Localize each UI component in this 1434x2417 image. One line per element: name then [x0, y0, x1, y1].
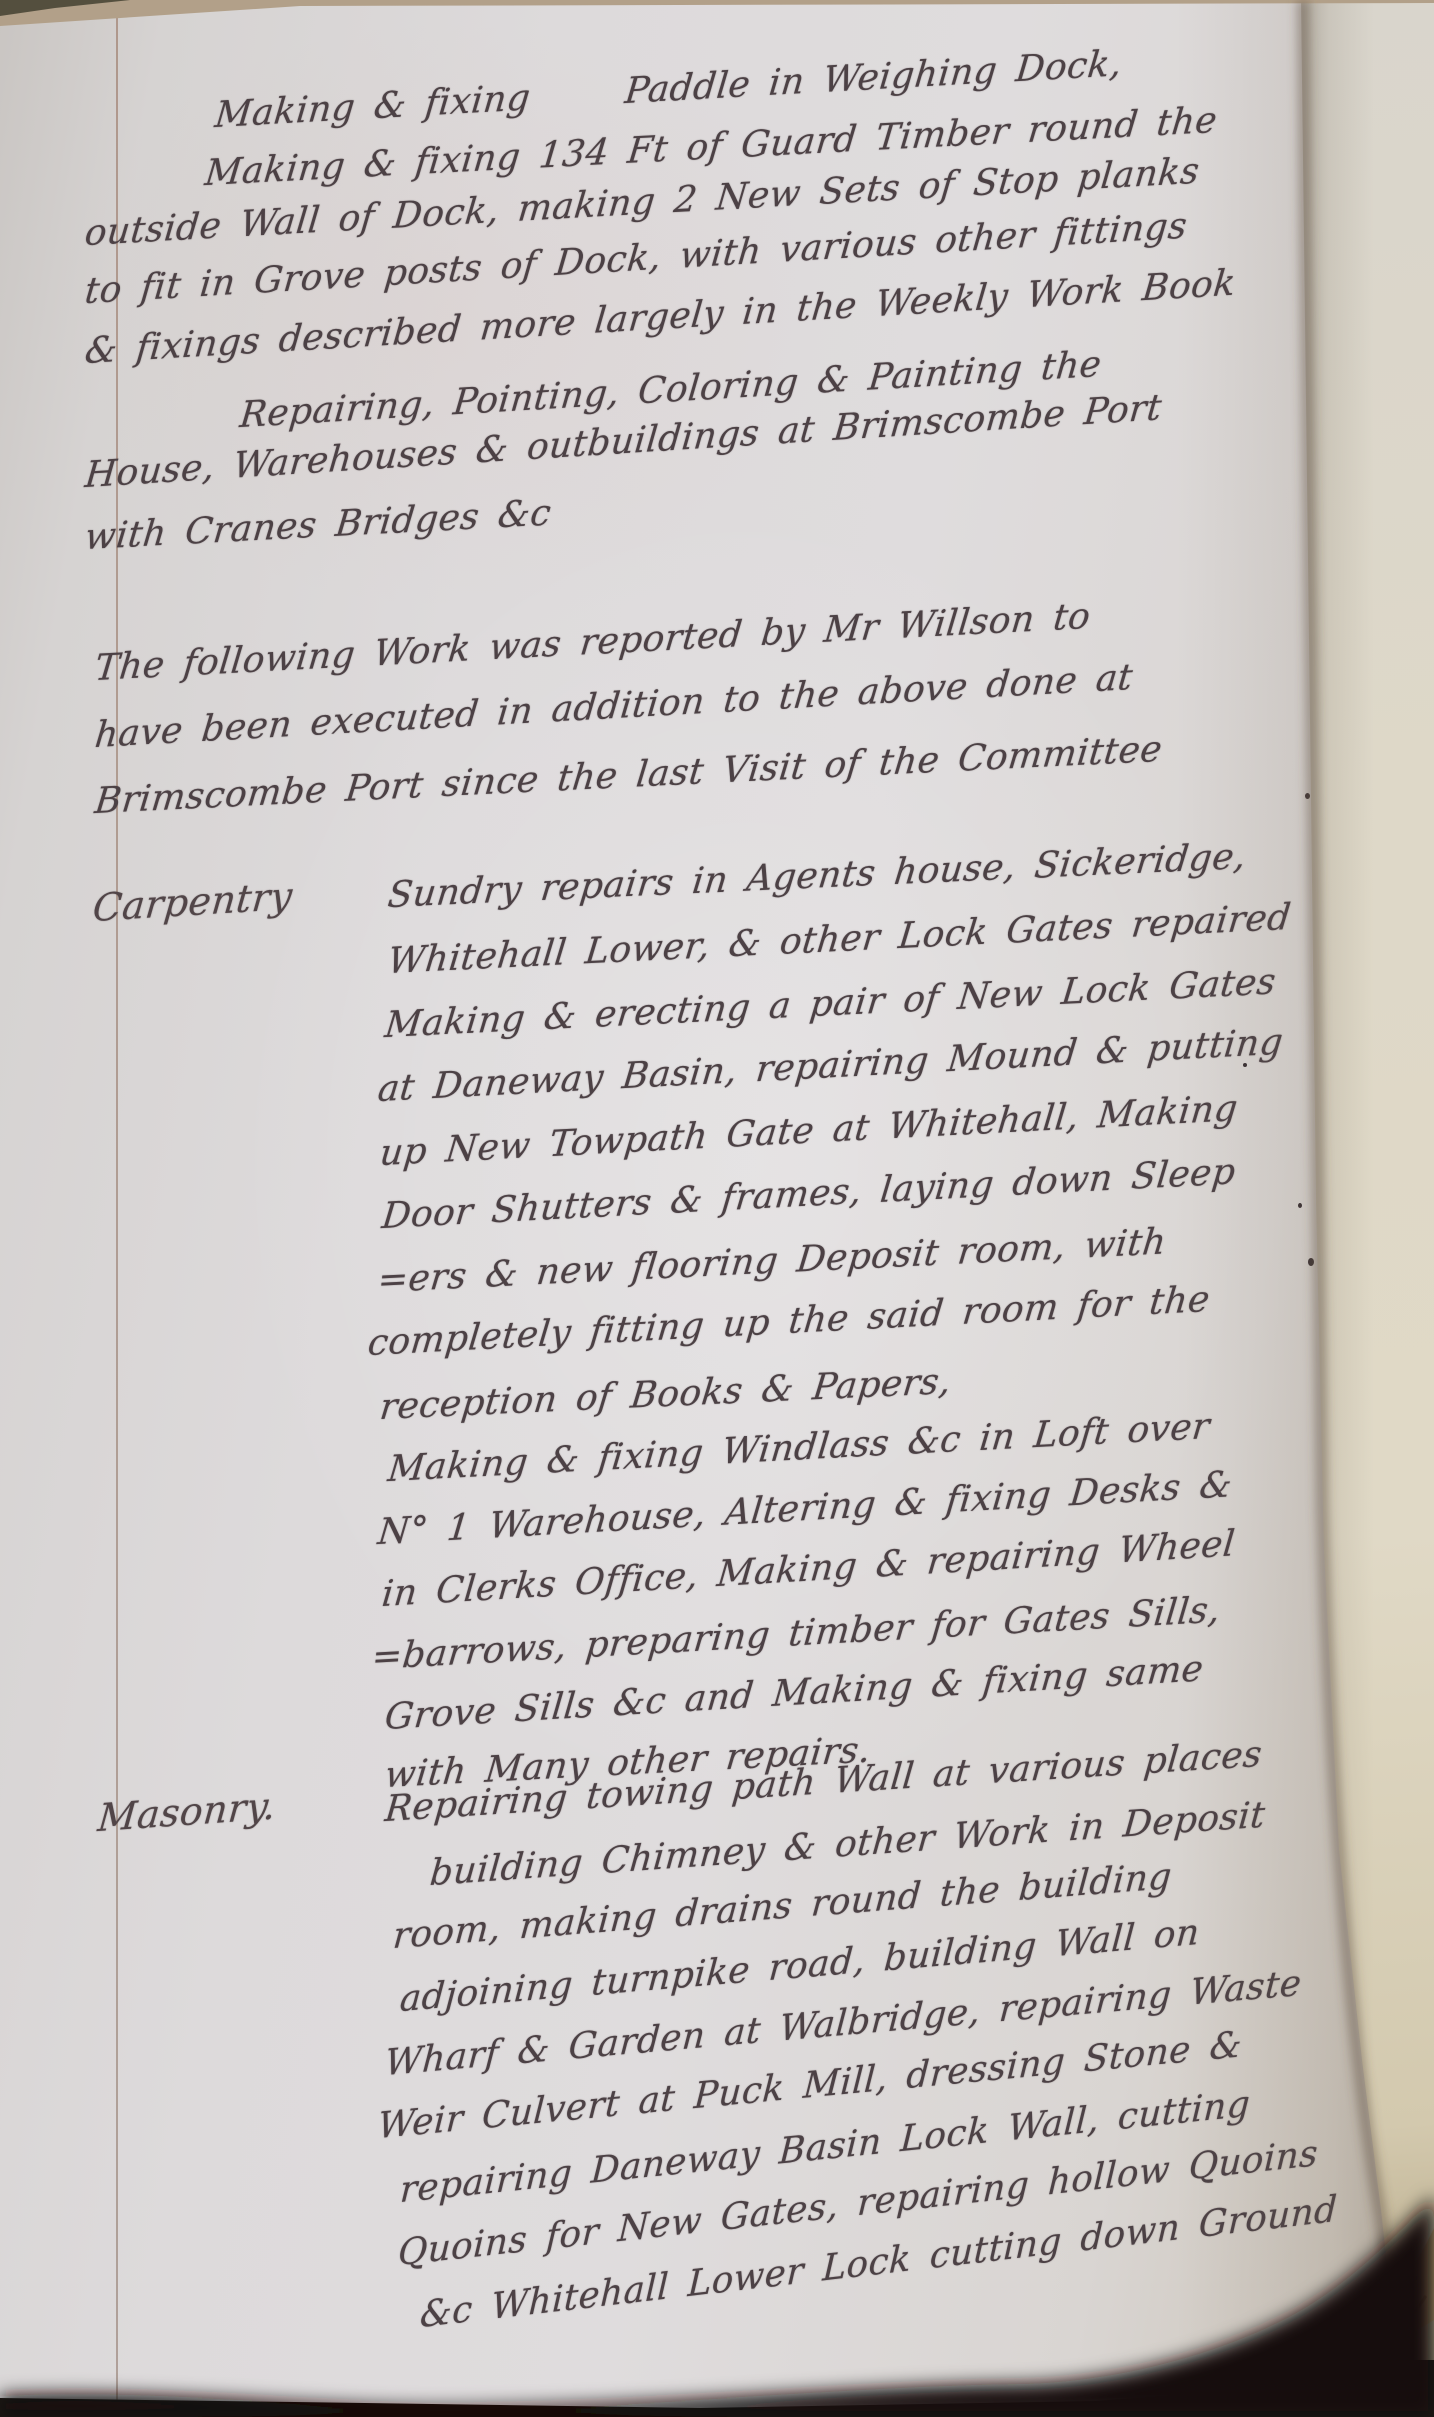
manuscript-line: with Cranes Bridges &c [82, 489, 553, 562]
section-label-carpentry: Carpentry [91, 872, 295, 933]
section-label-masonry: Masonry. [96, 1781, 278, 1842]
ledger-page: Making & fixing Paddle in Weighing Dock,… [0, 0, 1434, 2417]
ink-speck [1308, 1258, 1314, 1266]
ink-speck [1305, 793, 1310, 799]
ink-speck [1298, 1203, 1302, 1208]
manuscript-line: Making & fixing [213, 74, 533, 140]
photograph-of-ledger-page: Making & fixing Paddle in Weighing Dock,… [0, 0, 1434, 2417]
ink-speck [1243, 1063, 1247, 1067]
